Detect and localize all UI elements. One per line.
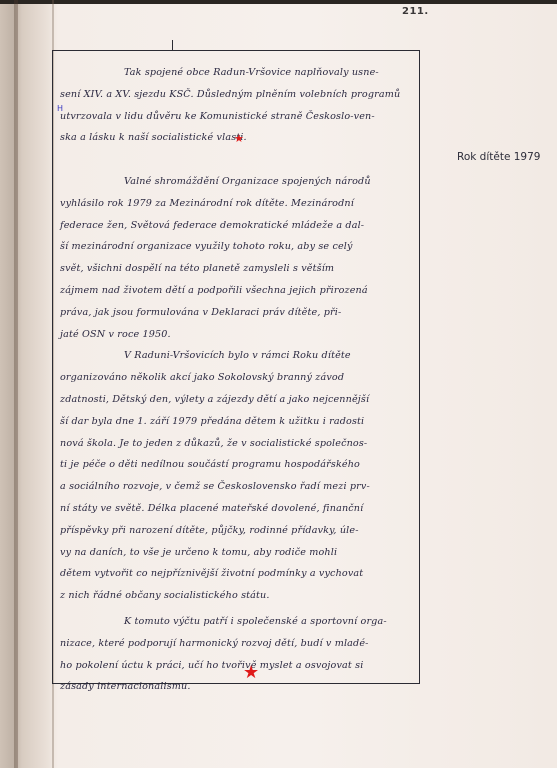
text-line: práva, jak jsou formulována v Deklaraci …: [60, 302, 416, 324]
text-line: ti je péče o děti nedílnou součástí prog…: [60, 454, 416, 476]
text-line: svět, všichni dospělí na této planetě za…: [60, 258, 416, 280]
text-line: ní státy ve světě. Délka placené mateřsk…: [60, 498, 416, 520]
red-star-icon: ★: [234, 131, 244, 146]
text-line: ší mezinárodní organizace využily tohoto…: [60, 236, 416, 258]
text-line: dětem vytvořit co nejpříznivější životní…: [60, 563, 416, 585]
text-line: utvrzovala v lidu důvěru ke Komunistické…: [60, 106, 416, 128]
text-line: a sociálního rozvoje, v čemž se Českoslo…: [60, 476, 416, 498]
text-line: zdatnosti, Dětský den, výlety a zájezdy …: [60, 389, 416, 411]
page-top-shadow: [0, 0, 557, 4]
page-number: 211.: [402, 6, 429, 17]
notebook-page: 211. H Rok dítěte 1979 Tak spojené obce …: [0, 0, 557, 768]
paragraph-4: K tomuto výčtu patří i společenské a spo…: [60, 611, 416, 698]
spacer: [60, 149, 416, 171]
text-line: jaté OSN v roce 1950.: [60, 324, 416, 346]
text-line: K tomuto výčtu patří i společenské a spo…: [60, 611, 416, 633]
text-line: ší dar byla dne 1. září 1979 předána dět…: [60, 411, 416, 433]
text-line: V Raduni-Vršovicích bylo v rámci Roku dí…: [60, 345, 416, 367]
red-star-icon: ★: [243, 665, 259, 680]
handwritten-text: Tak spojené obce Radun-Vršovice naplňova…: [60, 62, 416, 698]
text-line: sení XIV. a XV. sjezdu KSČ. Důsledným pl…: [60, 84, 416, 106]
text-line: nizace, které podporují harmonický rozvo…: [60, 633, 416, 655]
text-line: federace žen, Světová federace demokrati…: [60, 215, 416, 237]
text-line: zájmem nad životem dětí a podpořili všec…: [60, 280, 416, 302]
text-line: příspěvky při narození dítěte, půjčky, r…: [60, 520, 416, 542]
text-line: Tak spojené obce Radun-Vršovice naplňova…: [60, 62, 416, 84]
text-line: vyhlásilo rok 1979 za Mezinárodní rok dí…: [60, 193, 416, 215]
text-line: vy na daních, to vše je určeno k tomu, a…: [60, 542, 416, 564]
text-line: z nich řádné občany socialistického stát…: [60, 585, 416, 607]
book-spine: [14, 0, 18, 768]
text-line: Valné shromáždění Organizace spojených n…: [60, 171, 416, 193]
frame-tick-mark: [172, 40, 173, 50]
text-line: organizováno několik akcí jako Sokolovsk…: [60, 367, 416, 389]
margin-note: Rok dítěte 1979: [457, 151, 540, 163]
paragraph-2: Valné shromáždění Organizace spojených n…: [60, 171, 416, 345]
text-line: zásady internacionalismu.: [60, 676, 416, 698]
paragraph-3: V Raduni-Vršovicích bylo v rámci Roku dí…: [60, 345, 416, 607]
text-line: ho pokolení úctu k práci, učí ho tvořivě…: [60, 655, 416, 677]
text-line: nová škola. Je to jeden z důkazů, že v s…: [60, 433, 416, 455]
